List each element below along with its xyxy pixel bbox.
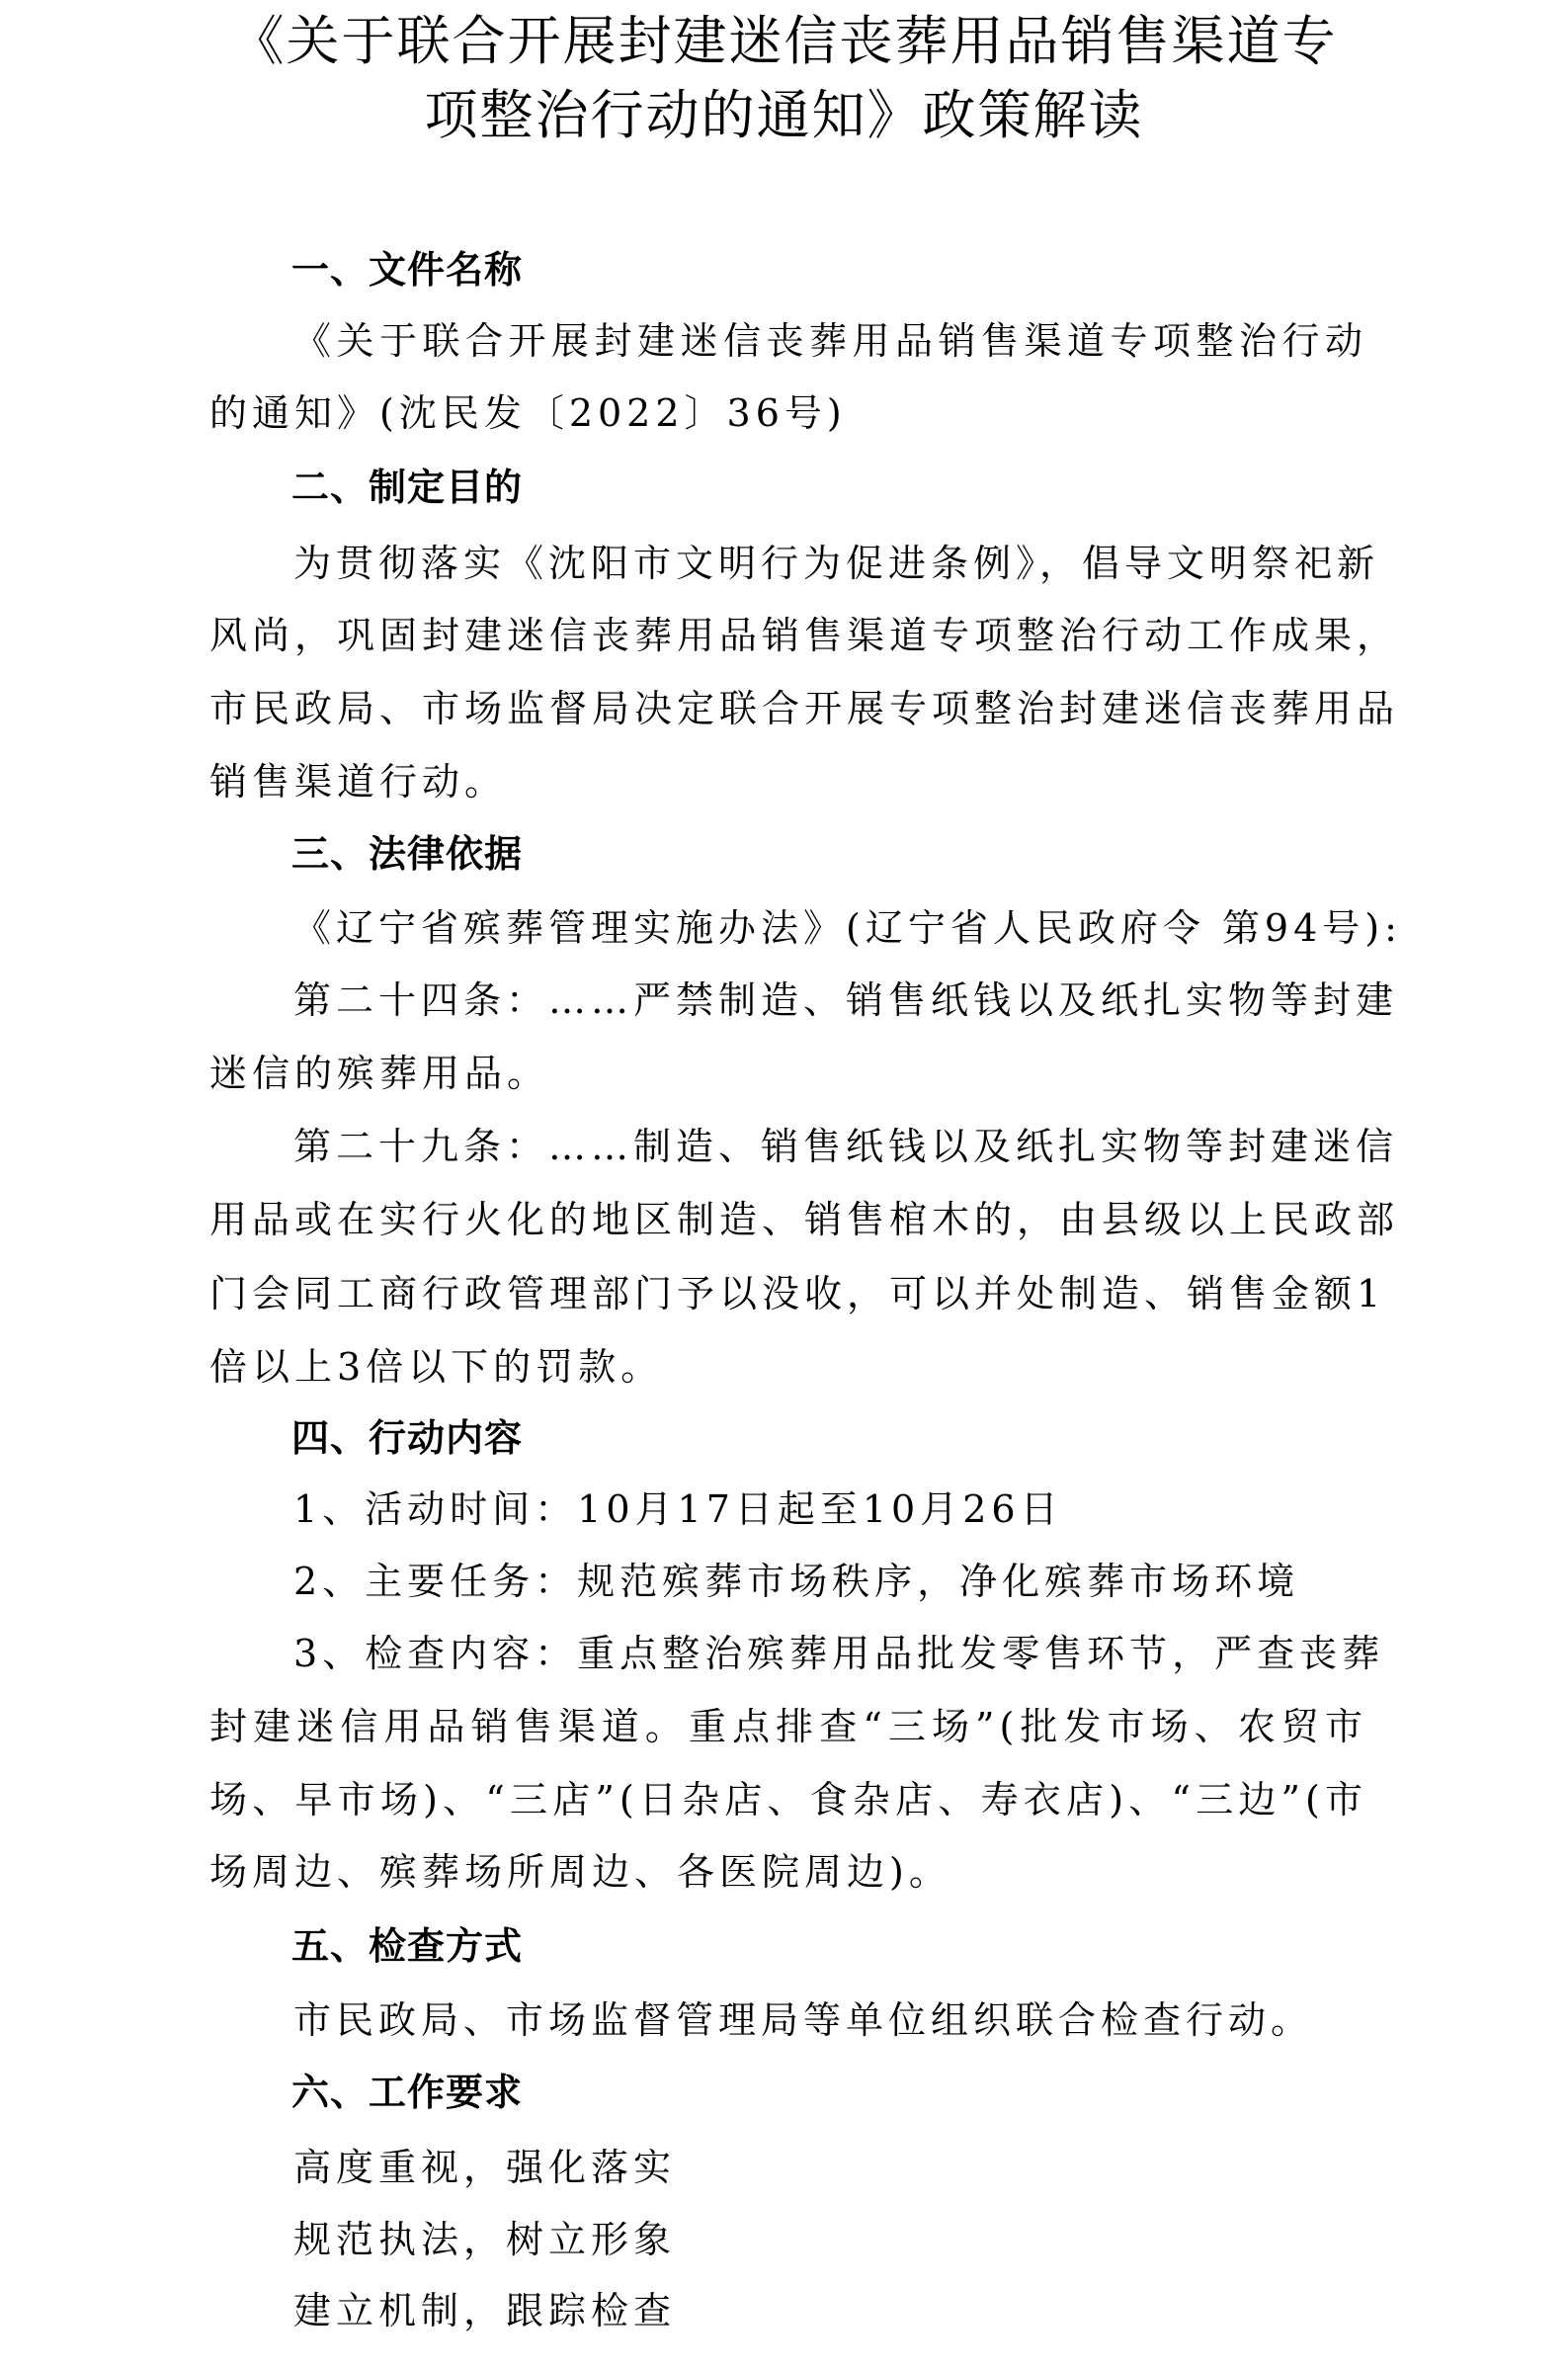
section-heading-action-content: 四、行动内容 (291, 1415, 523, 1461)
section-heading-inspection-method: 五、检查方式 (291, 1923, 523, 1969)
section-heading-work-requirements: 六、工作要求 (291, 2070, 523, 2115)
paragraph-line: 用品或在实行火化的地区制造、销售棺木的，由县级以上民政部 (209, 1197, 1367, 1242)
paragraph-line: 《辽宁省殡葬管理实施办法》(辽宁省人民政府令 第94号): (293, 905, 1367, 951)
list-item-requirement: 高度重视，强化落实 (293, 2145, 676, 2190)
paragraph-line: 封建迷信用品销售渠道。重点排查“三场”(批发市场、农贸市 (209, 1704, 1367, 1749)
paragraph-line: 市民政局、市场监督管理局等单位组织联合检查行动。 (293, 1997, 1313, 2043)
paragraph-line: 的通知》(沈民发〔2022〕36号) (209, 390, 847, 436)
paragraph-line: 场周边、殡葬场所周边、各医院周边)。 (209, 1849, 951, 1895)
list-item-requirement: 建立机制，跟踪检查 (293, 2288, 676, 2333)
paragraph-line: 第二十九条：……制造、销售纸钱以及纸扎实物等封建迷信 (293, 1124, 1367, 1169)
document-title-line-1: 《关于联合开展封建迷信丧葬用品销售渠道专 (0, 12, 1568, 71)
paragraph-line: 为贯彻落实《沈阳市文明行为促进条例》，倡导文明祭祀新 (293, 541, 1367, 586)
paragraph-line: 市民政局、市场监督局决定联合开展专项整治封建迷信丧葬用品 (209, 686, 1367, 731)
paragraph-line: 销售渠道行动。 (209, 759, 507, 805)
paragraph-line: 第二十四条：……严禁制造、销售纸钱以及纸扎实物等封建 (293, 977, 1367, 1023)
document-title-line-2: 项整治行动的通知》政策解读 (0, 86, 1568, 145)
list-item-activity-time: 1、活动时间：10月17日起至10月26日 (293, 1486, 1063, 1532)
section-heading-purpose: 二、制定目的 (291, 465, 523, 510)
paragraph-line: 门会同工商行政管理部门予以没收，可以并处制造、销售金额1 (209, 1271, 1367, 1316)
section-heading-legal-basis: 三、法律依据 (291, 831, 523, 877)
paragraph-line: 倍以上3倍以下的罚款。 (209, 1344, 663, 1390)
list-item-inspection-content: 3、检查内容：重点整治殡葬用品批发零售环节，严查丧葬 (293, 1631, 1367, 1676)
paragraph-line: 迷信的殡葬用品。 (209, 1051, 549, 1096)
list-item-requirement: 规范执法，树立形象 (293, 2217, 676, 2262)
section-heading-file-name: 一、文件名称 (291, 247, 523, 293)
list-item-main-task: 2、主要任务：规范殡葬市场秩序，净化殡葬市场环境 (293, 1559, 1299, 1604)
paragraph-line: 场、早市场)、“三店”(日杂店、食杂店、寿衣店)、“三边”(市 (209, 1777, 1367, 1822)
paragraph-line: 风尚，巩固封建迷信丧葬用品销售渠道专项整治行动工作成果， (209, 613, 1367, 658)
paragraph-line: 《关于联合开展封建迷信丧葬用品销售渠道专项整治行动 (293, 318, 1367, 364)
